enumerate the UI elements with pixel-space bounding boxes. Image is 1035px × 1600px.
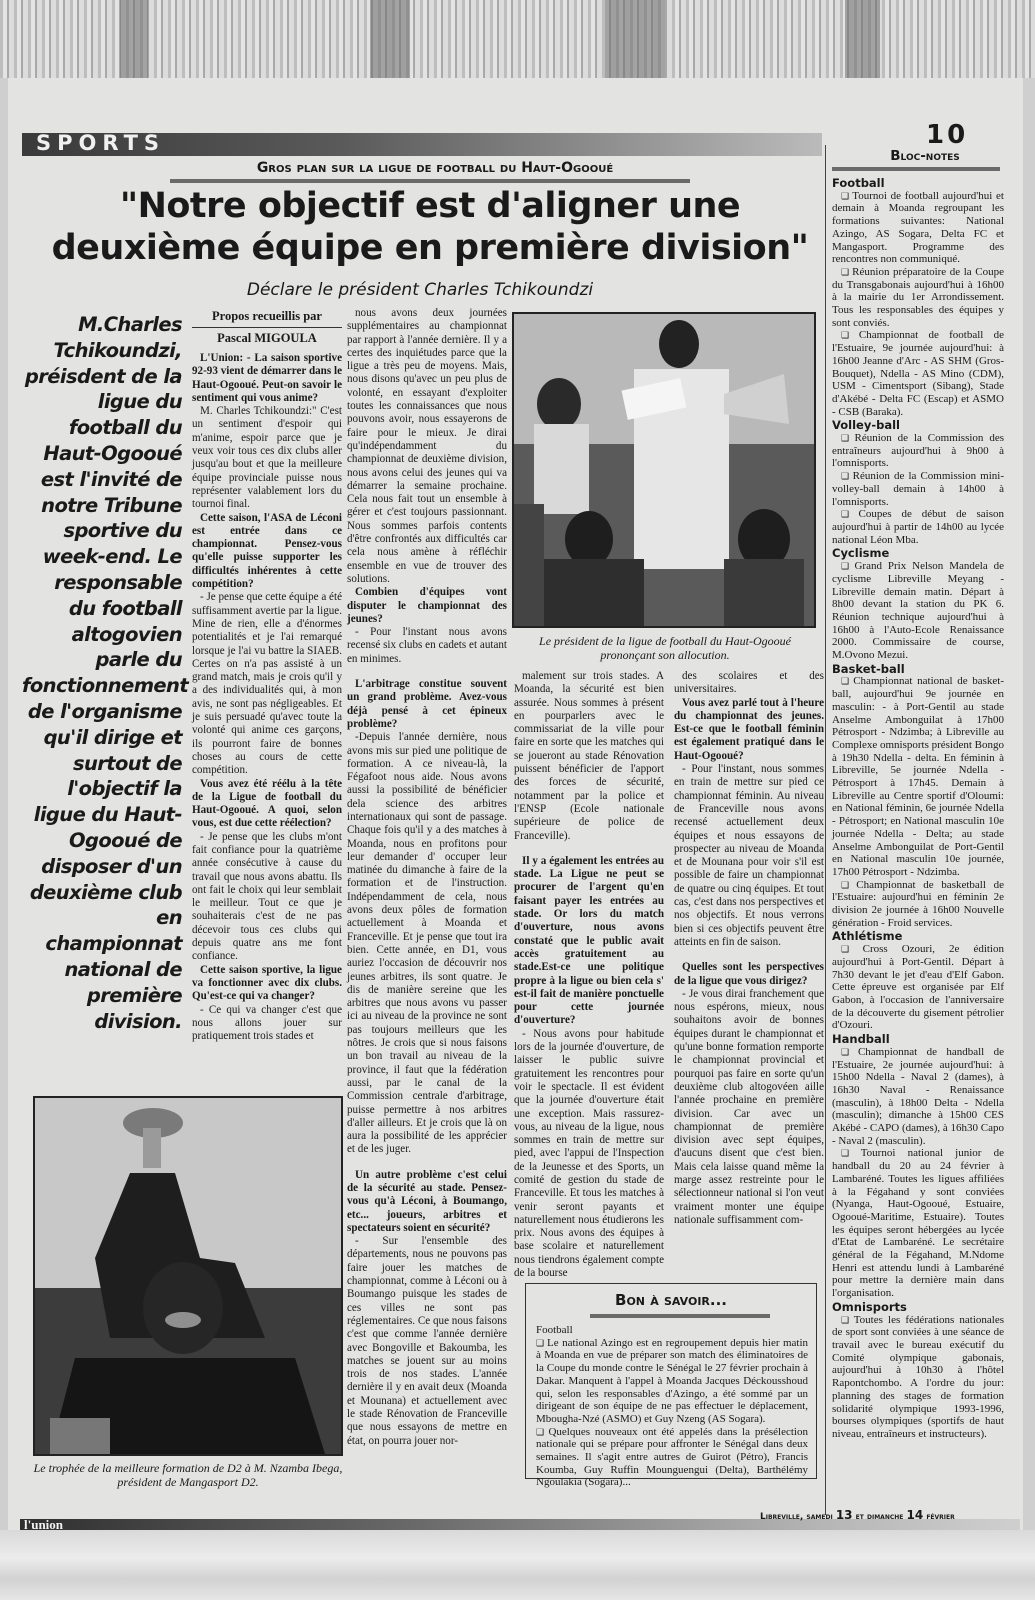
bloc-notes-item: ❑ Championnat de basketball de l'Estuair…: [832, 879, 1004, 930]
subhead: Déclare le président Charles Tchikoundzi: [200, 280, 640, 300]
speech-photo-image: [514, 314, 814, 626]
kicker: Gros plan sur la ligue de football du Ha…: [180, 160, 690, 176]
checkbox-square-icon: ❑: [841, 191, 852, 201]
interview-answer: nous avons deux journées supplémentaires…: [347, 307, 507, 586]
byline-line1: Propos recueillis par: [192, 308, 342, 325]
checkbox-square-icon: ❑: [841, 1148, 861, 1158]
bloc-notes-item: ❑ Grand Prix Nelson Mandela de cyclisme …: [832, 560, 1004, 662]
bloc-notes-heading: Volley-ball: [832, 419, 1004, 432]
interview-answer: - Je vous dirai franchement que nous esp…: [674, 988, 824, 1227]
article-column-1: L'Union: - La saison sportive 92-93 vien…: [192, 352, 342, 1057]
bon-a-savoir-item: ❑ Le national Azingo est en regroupement…: [536, 1337, 808, 1426]
bon-a-savoir-section: Football: [536, 1324, 808, 1337]
headline: "Notre objectif est d'aligner une deuxiè…: [30, 185, 830, 269]
bloc-notes-item: ❑ Réunion de la Commission mini-volley-b…: [832, 470, 1004, 508]
bloc-notes-item: ❑ Réunion de la Commission des entraîneu…: [832, 432, 1004, 470]
section-label: SPORTS: [36, 131, 165, 155]
bon-a-savoir-body: Football ❑ Le national Azingo est en reg…: [536, 1324, 808, 1489]
photo-caption-top: Le président de la ligue de football du …: [516, 634, 814, 662]
interview-answer: malement sur trois stades. A Moanda, la …: [514, 670, 664, 843]
bloc-notes-rule: [832, 167, 1000, 171]
checkbox-square-icon: ❑: [536, 1427, 548, 1437]
byline: Propos recueillis par Pascal MIGOULA: [192, 308, 342, 347]
checkbox-square-icon: ❑: [841, 267, 852, 277]
bloc-notes-item: ❑ Réunion préparatoire de la Coupe du Tr…: [832, 266, 1004, 330]
interview-answer: M. Charles Tchikoundzi:" C'est un sentim…: [192, 405, 342, 511]
page-number: 10: [926, 120, 968, 150]
issue-date: Libreville, samedi 13 et dimanche 14 fév…: [760, 1508, 955, 1522]
checkbox-square-icon: ❑: [841, 676, 853, 686]
byline-author: Pascal MIGOULA: [192, 330, 342, 347]
interview-question: Cette saison sportive, la ligue va fonct…: [192, 964, 342, 1004]
bon-a-savoir-item: ❑ Quelques nouveaux ont été appelés dans…: [536, 1426, 808, 1490]
kicker-rule: [170, 179, 690, 183]
interview-question: Un autre problème c'est celui de la sécu…: [347, 1169, 507, 1235]
checkbox-square-icon: ❑: [841, 1315, 854, 1325]
interview-question: Quelles sont les perspectives de la ligu…: [674, 961, 824, 988]
bloc-notes-item: ❑ Cross Ozouri, 2e édition aujourd'hui à…: [832, 943, 1004, 1032]
checkbox-square-icon: ❑: [841, 944, 863, 954]
interview-question: Vous avez parlé tout à l'heure du champi…: [674, 697, 824, 763]
article-column-4: des scolaires et des universitaires.Vous…: [674, 670, 824, 1280]
bloc-notes-item: ❑ Coupes de début de saison aujourd'hui …: [832, 508, 1004, 546]
interview-question: Il y a également les entrées au stade. L…: [514, 855, 664, 1028]
interview-answer: - Je pense que cette équipe a été suffis…: [192, 591, 342, 777]
interview-answer: - Nous avons pour habitude lors de la jo…: [514, 1028, 664, 1281]
bloc-notes-item: ❑ Tournoi de football aujourd'hui et dem…: [832, 190, 1004, 266]
bloc-notes-heading: Cyclisme: [832, 547, 1004, 560]
bloc-notes-heading: Athlétisme: [832, 930, 1004, 943]
photo-caption-bottom: Le trophée de la meilleure formation de …: [33, 1461, 343, 1489]
checkbox-square-icon: ❑: [841, 1047, 858, 1057]
bloc-notes-item: ❑ Championnat de handball de l'Estuaire,…: [832, 1046, 1004, 1148]
interview-answer: - Pour l'instant, nous sommes en train d…: [674, 763, 824, 949]
scan-top-edge: [0, 0, 1035, 78]
interview-answer: - Je pense que les clubs m'ont fait conf…: [192, 831, 342, 964]
bon-a-savoir-title: Bon à savoir...: [526, 1291, 816, 1309]
checkbox-square-icon: ❑: [841, 880, 856, 890]
checkbox-square-icon: ❑: [841, 433, 854, 443]
checkbox-square-icon: ❑: [536, 1338, 547, 1348]
bloc-notes-item: ❑ Tournoi national junior de handball du…: [832, 1147, 1004, 1299]
article-column-3: malement sur trois stades. A Moanda, la …: [514, 670, 664, 1280]
interview-question: L'Union: - La saison sportive 92-93 vien…: [192, 352, 342, 405]
scan-bottom-edge: [0, 1530, 1035, 1600]
interview-question: Vous avez été réélu à la tête de la Ligu…: [192, 778, 342, 831]
bon-a-savoir-box: Bon à savoir... Football ❑ Le national A…: [525, 1283, 817, 1479]
bloc-notes: Football❑ Tournoi de football aujourd'hu…: [832, 176, 1004, 1441]
bloc-notes-heading: Football: [832, 177, 1004, 190]
interview-question: L'arbitrage constitue souvent un grand p…: [347, 678, 507, 731]
checkbox-square-icon: ❑: [841, 330, 859, 340]
interview-answer: - Ce qui va changer c'est que nous allon…: [192, 1004, 342, 1044]
trophy-photo-image: [35, 1098, 341, 1454]
bloc-notes-item: ❑ Championnat national de basket-ball, a…: [832, 675, 1004, 878]
photo-president-speech: [512, 312, 816, 628]
interview-question: Combien d'équipes vont disputer le champ…: [347, 586, 507, 626]
bloc-notes-title: Bloc-notes: [835, 148, 1015, 164]
bloc-notes-item: ❑ Championnat de football de l'Estuaire,…: [832, 329, 1004, 418]
article-column-2: nous avons deux journées supplémentaires…: [347, 307, 507, 1477]
checkbox-square-icon: ❑: [841, 471, 853, 481]
bloc-notes-heading: Basket-ball: [832, 663, 1004, 676]
column-divider: [825, 145, 826, 1515]
checkbox-square-icon: ❑: [841, 509, 859, 519]
bloc-notes-heading: Handball: [832, 1033, 1004, 1046]
checkbox-square-icon: ❑: [841, 561, 854, 571]
interview-answer: -Depuis l'année dernière, nous avons mis…: [347, 731, 507, 1157]
intro-text: M.Charles Tchikoundzi, préisdent de la l…: [22, 312, 182, 1034]
photo-trophy: [33, 1096, 343, 1456]
interview-question: Cette saison, l'ASA de Léconi est entrée…: [192, 512, 342, 592]
bloc-notes-heading: Omnisports: [832, 1301, 1004, 1314]
interview-answer: - Sur l'ensemble des départements, nous …: [347, 1235, 507, 1448]
bloc-notes-item: ❑ Toutes les fédérations nationales de s…: [832, 1314, 1004, 1441]
interview-answer: - Pour l'instant nous avons recensé six …: [347, 626, 507, 666]
interview-answer: des scolaires et des universitaires.: [674, 670, 824, 697]
